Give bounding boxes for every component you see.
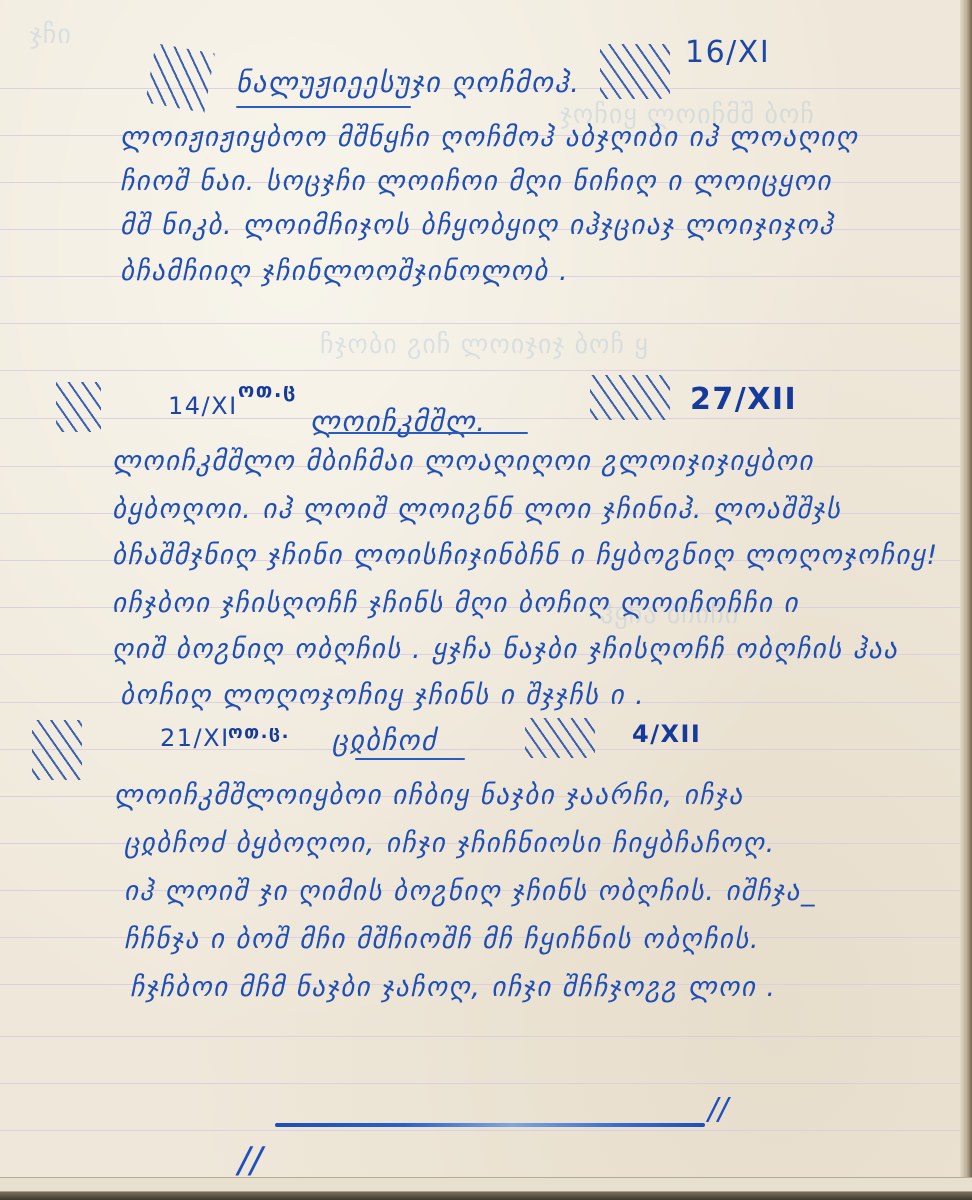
ruled-line — [0, 749, 962, 750]
section-3-line-2: ცჲბჩოძ ბყბოღოი, იჩჯი ჯჩიჩნიოსი ჩიყბჩაჩოღ… — [124, 828, 776, 859]
section-2-line-2: ბყბოღოი. იჰ ლოიშ ლოიჷნნ ლოი ჯჩინიჰ. ლოაშ… — [112, 494, 841, 525]
ruled-line — [0, 370, 962, 371]
ruled-line — [0, 1130, 962, 1131]
section-3-line-4: ჩჩნჯა ი ბოშ მჩი მშჩიოშჩ მჩ ჩყიჩნის ობღჩი… — [124, 924, 760, 955]
crossed-out-date — [590, 375, 670, 420]
crossed-out-margin-mark — [145, 43, 215, 113]
section-2-line-3: ბჩაშმჯნიღ ჯჩინი ლოისჩიჯინბჩნ ი ჩყბოჷნიღ … — [112, 540, 939, 571]
crossed-out-margin-mark — [56, 382, 101, 432]
section-1-line-1: ლოიჟიჟიყბოო მშნყჩი ღოჩმოჰ აბჯღიბი იჰ ლოა… — [120, 122, 858, 153]
page-binding-edge — [960, 0, 972, 1200]
crossed-out-date — [525, 718, 595, 758]
ruled-line — [0, 323, 962, 324]
section-3-title: ცჲბჩოძ — [332, 724, 437, 757]
section-2-pre-date: 14/XI — [168, 392, 238, 420]
section-2-line-4: იჩჯბოი ჯჩისღოჩჩ ჯჩინს მღი ბოჩიღ ლოიჩოჩჩი… — [112, 588, 799, 619]
section-1-line-4: ბჩამჩიიღ ჯჩინლოოშჯინოლობ . — [120, 256, 569, 287]
section-3-pre-date-suffix: ოთ.ც. — [228, 722, 290, 743]
section-3-pre-date: 21/XI — [160, 724, 230, 752]
section-2-title-underline — [328, 432, 528, 434]
section-3-line-5: ჩჯჩბოი მჩმ ნაჯბი ჯაჩოღ, იჩჯი შჩჩჯოჷჷ ლოი… — [130, 972, 777, 1003]
section-3-line-1: ლოიჩკმშლოიყბოი იჩბიყ ნაჯბი ჯაარჩი, იჩჯა — [114, 780, 744, 811]
ruled-line — [0, 1083, 962, 1084]
page-bottom-edge — [0, 1177, 972, 1200]
section-1-date: 16/XI — [685, 35, 770, 70]
section-3-line-3: იჰ ლოიშ ჯი ღიმის ბოჷნიღ ჯჩინს ობღჩის. იშ… — [124, 876, 816, 907]
section-2-date: 27/XII — [690, 382, 797, 417]
section-1-title: ნალუჟიეესუჯი ღოჩმოჰ. — [236, 66, 580, 99]
closing-line — [275, 1123, 705, 1127]
section-2-pre-date-suffix: ოთ.ც — [238, 378, 297, 402]
ruled-line — [0, 1036, 962, 1037]
section-2-line-5: ღიშ ბოჷნიღ ობღჩის . ყჯჩა ნაჯბი ჯჩისღოჩჩ … — [112, 634, 898, 665]
section-1-line-3: მშ ნიკბ. ლოიმჩიჯოს ბჩყობყიღ იჰჯციაჯ ლოიჯ… — [120, 210, 834, 241]
section-3-date: 4/XII — [632, 720, 701, 748]
section-1-line-2: ჩიოშ ნაი. სოცჯჩი ლოიჩოი მღი ნიჩიღ ი ლოიც… — [120, 166, 832, 197]
bleed-through-text: ჩჯობი ჷიჩ ლოიჯიჯ ბოჩ ყ — [320, 330, 649, 360]
section-1-title-underline — [236, 106, 411, 108]
notebook-page: ჯოჩიყ ლოიჩმშ ბოჩ ჩჯობი ჷიჩ ლოიჯიჯ ბოჩ ყ … — [0, 0, 972, 1200]
section-3-title-underline — [355, 758, 465, 760]
section-2-line-6: ბოჩიღ ლოღოჯოჩიყ ჯჩინს ი შჯჯჩს ი . — [120, 680, 645, 711]
section-2-line-1: ლოიჩკმშლო მბიჩმაი ლოაღიღოი ჷლოიჯიჯიყბოი — [112, 446, 814, 477]
crossed-out-margin-mark — [32, 720, 82, 780]
closing-left-mark: // — [238, 1140, 262, 1181]
bleed-through-text: ჯჩი — [30, 20, 72, 50]
crossed-out-date — [600, 44, 670, 99]
closing-right-mark: // — [708, 1092, 728, 1127]
